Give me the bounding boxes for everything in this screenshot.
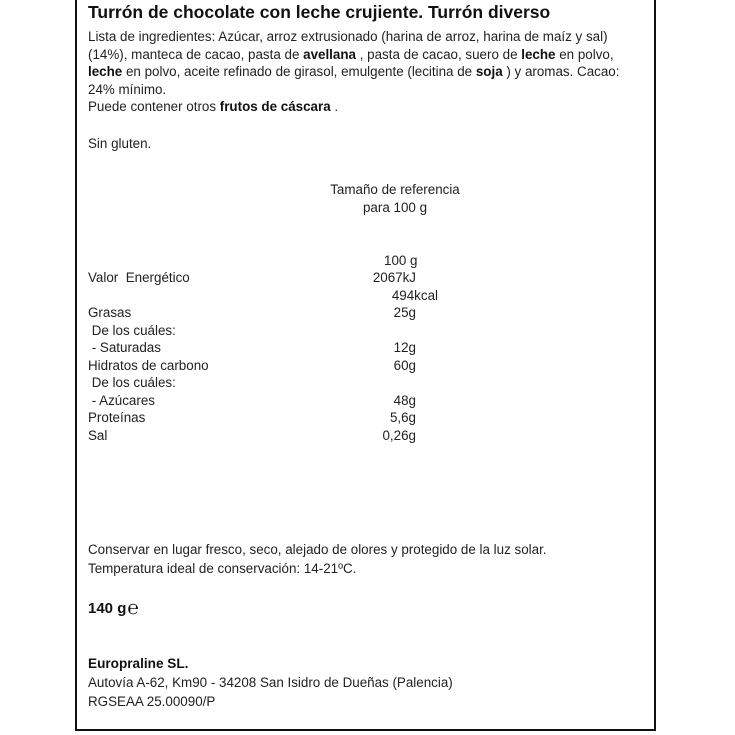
allergen: leche [88,64,122,79]
may-contain-allergen: frutos de cáscara [220,99,331,114]
nutrient-label: Hidratos de carbono [88,358,209,373]
manufacturer-registry: RGSEAA 25.00090/P [88,694,215,709]
nutrient-label: - Azúcares [88,393,155,408]
nutrient-label: De los cuáles: [88,323,176,338]
nutrient-label: Grasas [88,305,131,320]
storage-line1: Conservar en lugar fresco, seco, alejado… [88,542,547,557]
nutrient-value: 12g [340,340,416,355]
nutrient-value: 0,26g [340,428,416,443]
ingredients-text: en polvo, aceite refinado de girasol, em… [122,64,476,79]
net-weight: 140 g℮ [88,597,139,619]
product-title: Turrón de chocolate con leche crujiente.… [88,2,550,23]
nutrient-value: 494kcal [340,288,438,303]
manufacturer-name: Europraline SL. [88,656,188,671]
nutrition-header-line2: para 100 g [300,200,490,215]
nutrient-value: 48g [340,393,416,408]
nutrient-label: - Saturadas [88,340,161,355]
ingredients-block: Lista de ingredientes: Azúcar, arroz ext… [88,28,648,116]
allergen: avellana [303,47,356,62]
nutrient-value: 2067kJ [340,270,416,285]
nutrient-value: 60g [340,358,416,373]
ingredients-text: en polvo, [556,47,614,62]
nutrient-label: Valor Energético [88,270,190,285]
allergen: soja [476,64,503,79]
allergen: leche [521,47,555,62]
nutrient-label: Sal [88,428,107,443]
nutrient-value: 5,6g [340,410,416,425]
may-contain-prefix: Puede contener otros [88,99,220,114]
manufacturer-address: Autovía A-62, Km90 - 34208 San Isidro de… [88,675,453,690]
gluten-free-note: Sin gluten. [88,136,151,151]
nutrient-label: Proteínas [88,410,145,425]
ingredients-list: Lista de ingredientes: Azúcar, arroz ext… [88,29,619,97]
storage-line2: Temperatura ideal de conservación: 14-21… [88,561,356,576]
nutrient-value: 25g [340,305,416,320]
net-weight-value: 140 g [88,600,126,617]
nutrient-label: De los cuáles: [88,375,176,390]
nutrition-column-header: 100 g [384,253,418,268]
may-contain-suffix: . [331,99,338,114]
nutrition-header-line1: Tamaño de referencia [300,182,490,197]
estimated-sign-icon: ℮ [127,598,138,620]
ingredients-text: , pasta de cacao, suero de [356,47,521,62]
